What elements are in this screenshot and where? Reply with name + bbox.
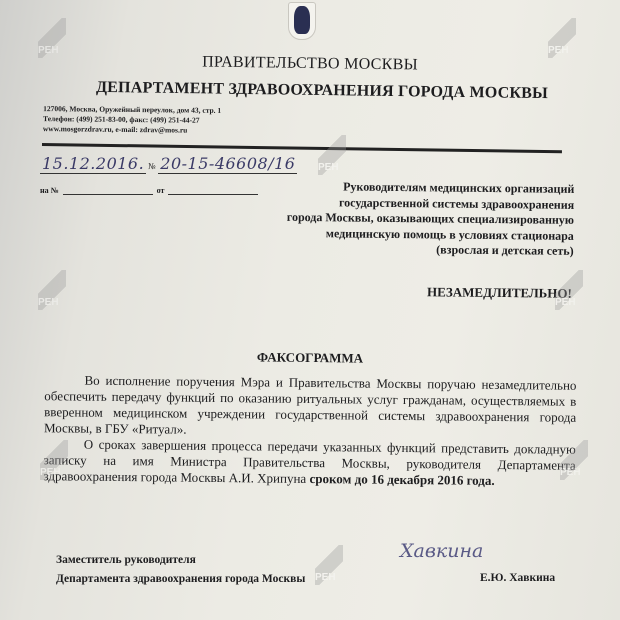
coat-of-arms-icon bbox=[288, 2, 316, 40]
registration-line: 15.12.2016.№20-15-46608/16 bbox=[40, 154, 297, 173]
position-line: Заместитель руководителя bbox=[56, 551, 305, 570]
web-email-line: www.mosgorzdrav.ru, e-mail: zdrav@mos.ru bbox=[43, 124, 221, 136]
department-heading: ДЕПАРТАМЕНТ ЗДРАВООХРАНЕНИЯ ГОРОДА МОСКВ… bbox=[96, 79, 548, 103]
department-contacts: 127006, Москва, Оружейный переулок, дом … bbox=[43, 104, 221, 136]
watermark-icon: РЕН bbox=[38, 18, 66, 58]
urgency-marker: НЕЗАМЕДЛИТЕЛЬНО! bbox=[427, 284, 572, 302]
position-line: Департамента здравоохранения города Моск… bbox=[56, 570, 305, 589]
from-label: от bbox=[157, 186, 165, 195]
fax-document: ПРАВИТЕЛЬСТВО МОСКВЫ ДЕПАРТАМЕНТ ЗДРАВОО… bbox=[0, 0, 620, 620]
document-body: Во исполнение поручения Мэра и Правитель… bbox=[43, 372, 576, 490]
watermark-icon: РЕН bbox=[560, 440, 588, 480]
watermark-icon: РЕН bbox=[40, 440, 68, 480]
header-divider bbox=[42, 143, 562, 153]
reply-to-label: на № bbox=[40, 186, 59, 195]
addressee-block: Руководителям медицинских организаций го… bbox=[214, 178, 575, 259]
paragraph-1: Во исполнение поручения Мэра и Правитель… bbox=[44, 372, 577, 442]
document-title: ФАКСОГРАММА bbox=[0, 347, 620, 369]
reply-number-blank bbox=[63, 194, 153, 195]
addressee-line: (взрослая и детская сеть) bbox=[214, 240, 574, 259]
registration-date: 15.12.2016. bbox=[40, 154, 146, 174]
watermark-icon: РЕН bbox=[38, 270, 66, 310]
government-heading: ПРАВИТЕЛЬСТВО МОСКВЫ bbox=[0, 51, 620, 78]
registration-number: 20-15-46608/16 bbox=[158, 154, 297, 174]
watermark-icon: РЕН bbox=[555, 270, 583, 310]
signatory-name: Е.Ю. Хавкина bbox=[480, 572, 555, 584]
number-label: № bbox=[148, 162, 156, 171]
watermark-icon: РЕН bbox=[548, 18, 576, 58]
deadline-text: сроком до 16 декабря 2016 года. bbox=[309, 471, 494, 488]
watermark-icon: РЕН bbox=[315, 545, 343, 585]
handwritten-signature: Хавкина bbox=[400, 540, 483, 562]
watermark-icon: РЕН bbox=[318, 135, 346, 175]
signatory-position: Заместитель руководителя Департамента зд… bbox=[56, 551, 305, 589]
paragraph-2: О сроках завершения процесса передачи ук… bbox=[43, 436, 575, 490]
